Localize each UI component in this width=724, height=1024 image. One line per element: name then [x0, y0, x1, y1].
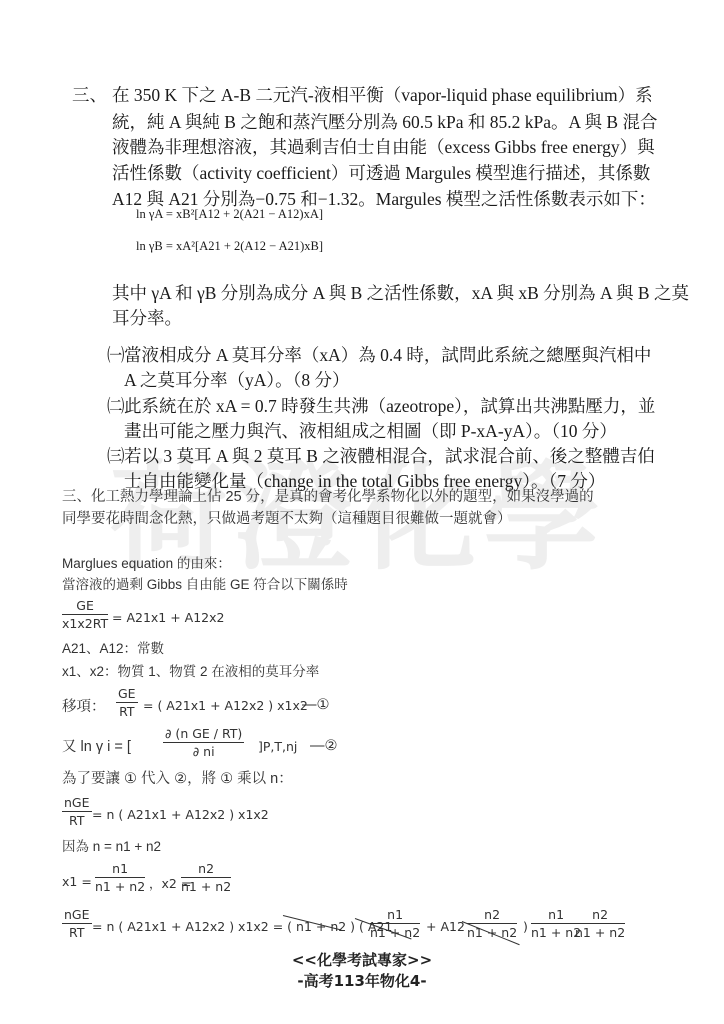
eq7-numerator: nGE — [62, 907, 92, 924]
eq7-fraction-2: n2 n1 + n2 — [467, 907, 517, 940]
derivation-step: 為了要讓 ① 代入 ②，將 ① 乘以 n： — [62, 768, 293, 790]
mole-fraction-note: x1、x2：物質 1、物質 2 在液相的莫耳分率 — [62, 661, 319, 683]
derivation-intro: 當溶液的過剩 Gibbs 自由能 GE 符合以下關係時 — [62, 574, 348, 596]
eq6-denominator-1: n1 + n2 — [95, 878, 145, 894]
eq3-fraction: ∂ (n GE / RT) ∂ ni — [163, 726, 244, 759]
subquestion-3-label: ㈢ — [107, 443, 125, 469]
eq6-numerator-2: n2 — [181, 861, 231, 878]
margules-equation-a: ln γA = xB²[A12 + 2(A21 − A12)xA] — [136, 207, 323, 222]
eq7-f2-numerator: n2 — [467, 907, 517, 924]
eq3-tag: —② — [310, 735, 338, 757]
eq2-denominator: RT — [116, 703, 138, 719]
subquestion-1-label: ㈠ — [107, 342, 125, 368]
commentary-line-2: 同學要花時間念化熱，只做過考題不太夠（這種題目很難做一題就會） — [62, 508, 512, 530]
eq2-rhs: = ( A21x1 + A12x2 ) x1x2 — [143, 698, 308, 713]
eq3-rhs: ]P,T,nj — [258, 739, 297, 754]
subquestion-2-line-2: 畫出可能之壓力與汽、液相組成之相圖（即 P-xA-yA）。（10 分） — [124, 418, 617, 444]
subquestion-1-line-2: A 之莫耳分率（yA）。（8 分） — [124, 367, 350, 393]
constants-note: A21、A12：常數 — [62, 638, 164, 660]
eq6-numerator-1: n1 — [95, 861, 145, 878]
eq2-numerator: GE — [116, 686, 138, 703]
subquestion-1-line-1: 當液相成分 A 莫耳分率（xA）為 0.4 時，試問此系統之總壓與汽相中 — [124, 342, 651, 368]
question-line-4: 活性係數（activity coefficient）可透過 Margules 模… — [112, 160, 650, 186]
definition-line-2: 耳分率。 — [112, 305, 182, 331]
eq6-denominator-2: n1 + n2 — [181, 878, 231, 894]
derivation-heading: Marglues equation 的由來： — [62, 553, 231, 575]
eq1-rhs: = A21x1 + A12x2 — [112, 610, 224, 625]
eq6-lhs: x1 = — [62, 874, 92, 889]
question-number: 三、 — [72, 82, 107, 108]
eq4-numerator: nGE — [62, 795, 92, 812]
eq6-fraction-2: n2 n1 + n2 — [181, 861, 231, 894]
margules-equation-b: ln γB = xA²[A21 + 2(A12 − A21)xB] — [136, 239, 323, 254]
eq5: 因為 n = n1 + n2 — [62, 836, 161, 858]
eq7-f4-denominator: n1 + n2 — [575, 924, 625, 940]
question-line-3: 液體為非理想溶液，其過剩吉伯士自由能（excess Gibbs free ene… — [112, 134, 655, 160]
eq7-fraction: nGE RT — [62, 907, 92, 940]
subquestion-3-line-1: 若以 3 莫耳 A 與 2 莫耳 B 之液體相混合，試求混合前、後之整體吉伯 — [124, 443, 655, 469]
subquestion-2-label: ㈡ — [107, 393, 125, 419]
eq7-close: ) — [523, 919, 528, 934]
eq7-f3-numerator: n1 — [531, 907, 581, 924]
eq7-f4-numerator: n2 — [575, 907, 625, 924]
eq3-denominator: ∂ ni — [163, 743, 244, 759]
eq7-fraction-4: n2 n1 + n2 — [575, 907, 625, 940]
eq7-fraction-3: n1 n1 + n2 — [531, 907, 581, 940]
eq2-prefix: 移項： — [62, 696, 106, 718]
eq7-f3-denominator: n1 + n2 — [531, 924, 581, 940]
eq3-numerator: ∂ (n GE / RT) — [163, 726, 244, 743]
definition-line-1: 其中 γA 和 γB 分別為成分 A 與 B 之活性係數，xA 與 xB 分別為… — [112, 280, 689, 306]
subquestion-2-line-1: 此系統在於 xA = 0.7 時發生共沸（azeotrope），試算出共沸點壓力… — [124, 393, 655, 419]
eq1-numerator: GE — [62, 598, 108, 615]
eq7-denominator: RT — [62, 924, 92, 940]
eq4-fraction: nGE RT — [62, 795, 92, 828]
eq7-fraction-1: n1 n1 + n2 — [370, 907, 420, 940]
eq2-tag: —① — [302, 694, 330, 716]
eq6-fraction-1: n1 n1 + n2 — [95, 861, 145, 894]
eq1-fraction: GE x1x2RT — [62, 598, 108, 631]
eq1-denominator: x1x2RT — [62, 615, 108, 631]
eq4-rhs: = n ( A21x1 + A12x2 ) x1x2 — [92, 807, 269, 822]
commentary-line-1: 三、化工熱力學理論上佔 25 分，是真的會考化學系物化以外的題型，如果沒學過的 — [62, 486, 594, 508]
question-line-1: 在 350 K 下之 A-B 二元汽-液相平衡（vapor-liquid pha… — [112, 82, 653, 108]
footer-brand: <<化學考試專家>> — [0, 950, 724, 970]
eq2-fraction: GE RT — [116, 686, 138, 719]
eq3-prefix: 又 ln γ i = [ — [62, 736, 131, 758]
eq7-rhs: = n ( A21x1 + A12x2 ) x1x2 = ( n1 + n2 )… — [92, 919, 392, 934]
question-line-2: 統，純 A 與純 B 之飽和蒸汽壓分別為 60.5 kPa 和 85.2 kPa… — [112, 109, 657, 135]
eq7-plus: + A12 — [426, 919, 465, 934]
eq4-denominator: RT — [62, 812, 92, 828]
eq7-f1-numerator: n1 — [370, 907, 420, 924]
footer-page-label: -高考113年物化4- — [0, 971, 724, 991]
